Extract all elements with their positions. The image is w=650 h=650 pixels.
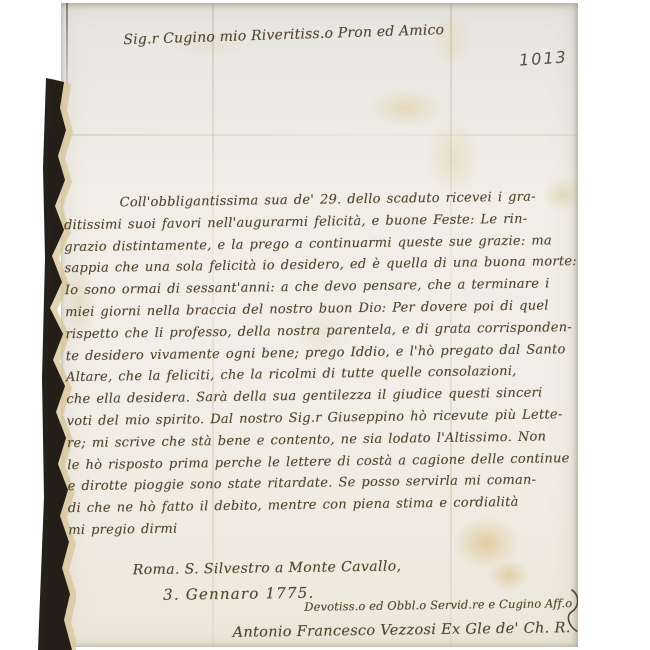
archive-number: 1013	[518, 47, 568, 69]
handwritten-letter-content: Sig.r Cugino mio Riveritiss.o Pron ed Am…	[61, 3, 578, 647]
signature-role-line: Devotiss.o ed Obbl.o Servid.re e Cugino …	[304, 596, 572, 614]
scanned-letter-page: Sig.r Cugino mio Riveritiss.o Pron ed Am…	[0, 0, 650, 650]
salutation-line: Sig.r Cugino mio Riveritiss.o Pron ed Am…	[123, 22, 444, 48]
dateline-place: Roma. S. Silvestro a Monte Cavallo,	[133, 558, 402, 578]
signature-flourish-icon	[565, 588, 578, 634]
letter-paper: Sig.r Cugino mio Riveritiss.o Pron ed Am…	[61, 3, 578, 647]
dateline-date: 3. Gennaro 1775.	[163, 584, 315, 604]
letter-body: Coll'obbligantissima sua de' 29. dello s…	[63, 186, 578, 542]
signature-name-line: Antonio Francesco Vezzosi Ex Gle de' Ch.…	[232, 620, 570, 641]
